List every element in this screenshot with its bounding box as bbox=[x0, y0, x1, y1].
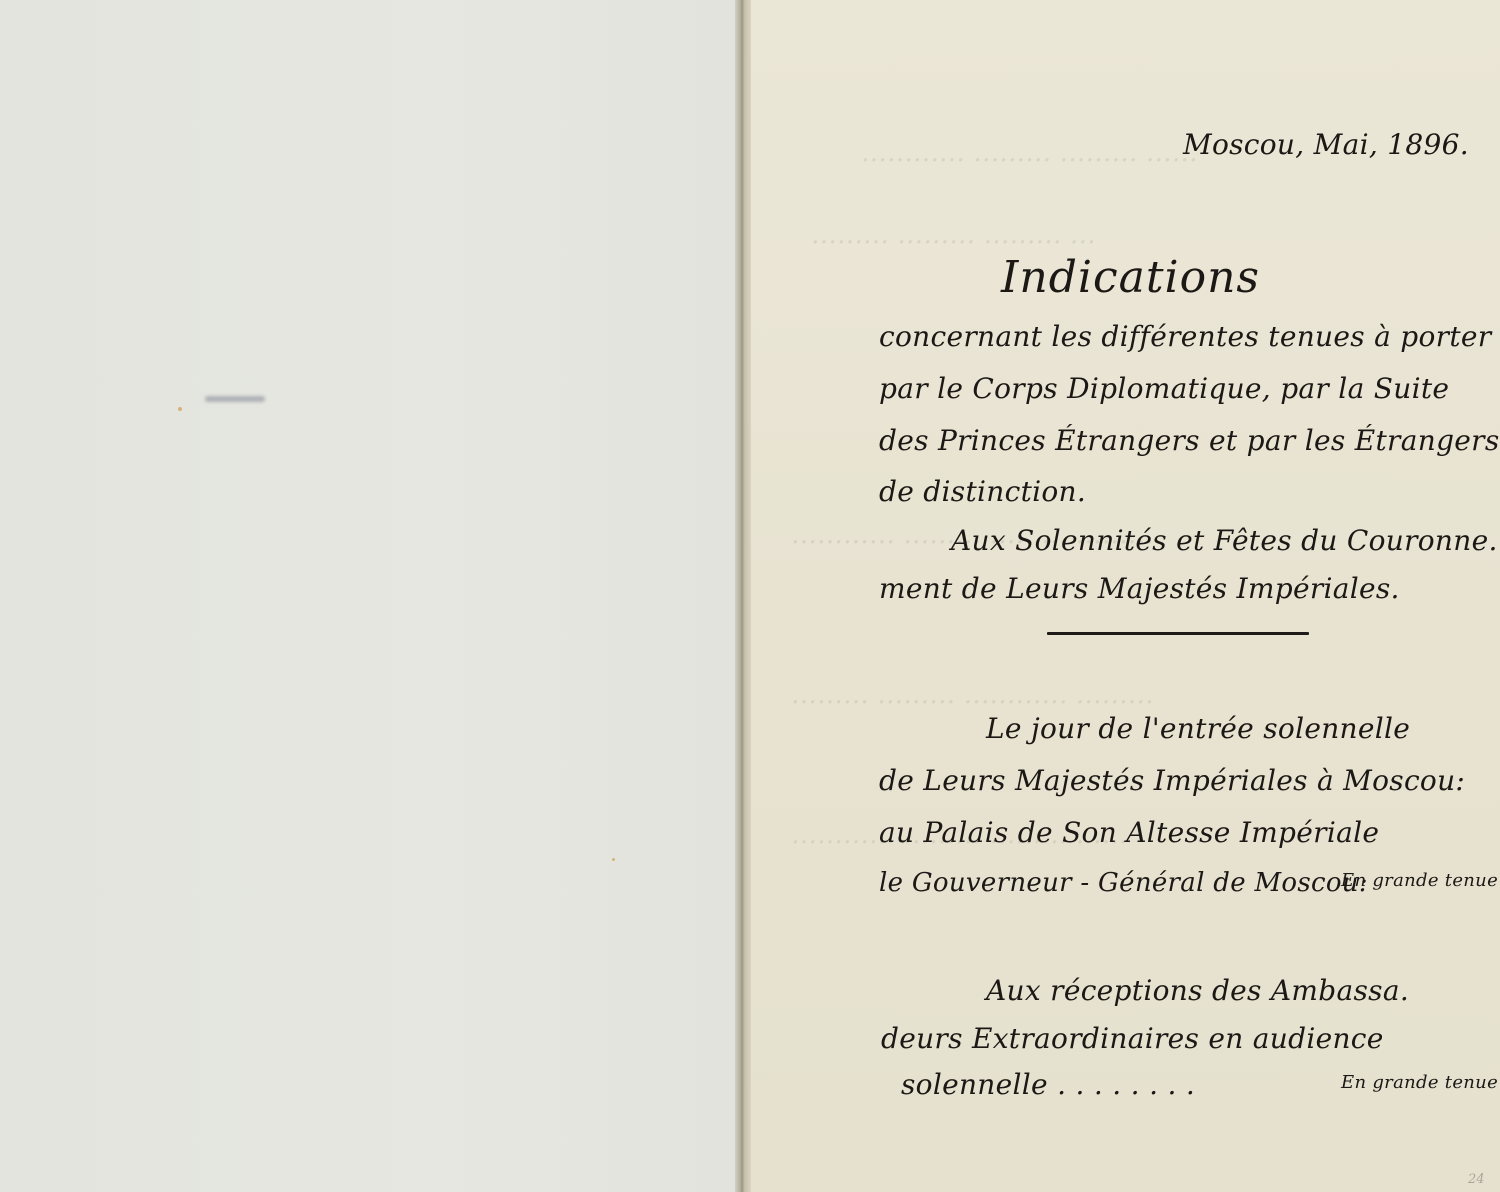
subtitle-line: Aux Solennités et Fêtes du Couronne. bbox=[951, 524, 1498, 557]
dateline: Moscou, Mai, 1896. bbox=[1183, 128, 1469, 161]
bleed-through-text: ………… ……… ……… …… bbox=[861, 138, 1198, 168]
book-gutter bbox=[735, 0, 751, 1192]
entry-line: de Leurs Majestés Impériales à Moscou: bbox=[879, 764, 1465, 797]
right-page-manuscript: ………… ……… ……… …… ……… ……… ……… … ………… ……… …… bbox=[751, 0, 1500, 1192]
ink-smudge bbox=[205, 396, 265, 402]
bleed-through-text: ……… ……… ……… … bbox=[811, 220, 1096, 250]
entry-line: le Gouverneur - Général de Moscou: bbox=[879, 868, 1368, 898]
entry-line: au Palais de Son Altesse Impériale bbox=[879, 816, 1379, 849]
subtitle-line: ment de Leurs Majestés Impériales. bbox=[879, 572, 1400, 605]
foxing-spot bbox=[178, 407, 182, 411]
intro-line: par le Corps Diplomatique, par la Suite bbox=[879, 372, 1449, 405]
entry-line: Le jour de l'entrée solennelle bbox=[986, 712, 1410, 745]
foxing-spot bbox=[612, 858, 615, 861]
intro-line: des Princes Étrangers et par les Étrange… bbox=[879, 424, 1500, 457]
intro-line: de distinction. bbox=[879, 475, 1086, 508]
dress-code: En grande tenue bbox=[1341, 870, 1498, 891]
intro-line: concernant les différentes tenues à port… bbox=[879, 320, 1491, 353]
folio-number: 24 bbox=[1468, 1172, 1485, 1187]
entry-line: Aux réceptions des Ambassa. bbox=[986, 974, 1409, 1007]
dress-code: En grande tenue bbox=[1341, 1072, 1498, 1093]
left-page-blank bbox=[0, 0, 735, 1192]
divider-rule bbox=[1047, 632, 1309, 635]
entry-line: solennelle . . . . . . . . bbox=[901, 1068, 1195, 1101]
bleed-through-text: ……… ……… ………… ……… bbox=[791, 680, 1154, 710]
document-title: Indications bbox=[1001, 252, 1260, 303]
entry-line: deurs Extraordinaires en audience bbox=[881, 1022, 1384, 1055]
